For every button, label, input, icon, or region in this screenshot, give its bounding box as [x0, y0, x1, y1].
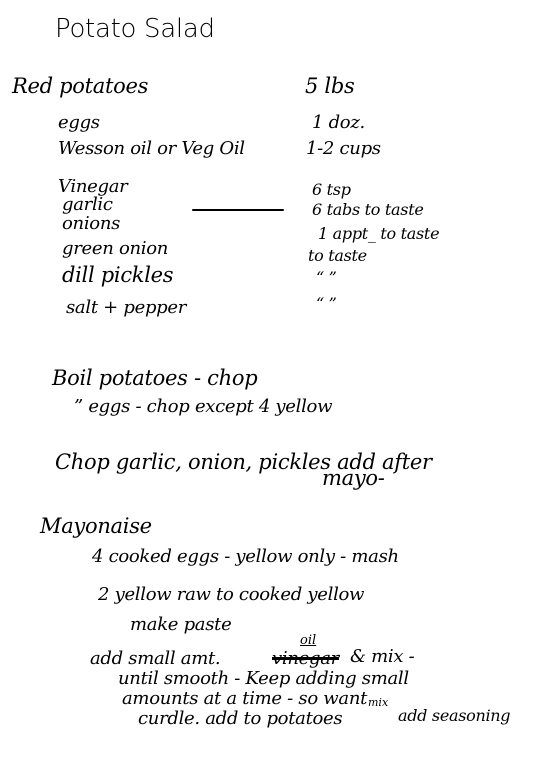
ingredient-name: onions	[62, 213, 120, 234]
ingredient-amount: 1 doz.	[312, 112, 365, 133]
ingredient-name: eggs	[58, 112, 100, 133]
ingredient-amount: to taste	[308, 246, 367, 265]
section-heading: Mayonaise	[40, 514, 152, 538]
ingredient-name: garlic	[62, 194, 113, 215]
ingredient-amount: “ ”	[316, 268, 337, 287]
mayo-line: curdle. add to potatoes	[138, 708, 342, 729]
step-line: ” eggs - chop except 4 yellow	[74, 396, 332, 417]
ingredient-amount: 1-2 cups	[306, 138, 381, 159]
mayo-line: add seasoning	[398, 706, 510, 725]
inserted-word: mix	[368, 696, 388, 709]
step-line: Boil potatoes - chop	[52, 366, 257, 390]
ingredient-name: Wesson oil or Veg Oil	[58, 138, 245, 159]
ingredient-name: Red potatoes	[12, 74, 148, 98]
mayo-line: add small amt.	[90, 648, 220, 669]
mayo-line: until smooth - Keep adding small	[118, 668, 409, 689]
ingredient-amount: 6 tabs to taste	[312, 200, 424, 219]
ingredient-amount: 6 tsp	[312, 180, 351, 199]
step-line: mayo-	[322, 466, 385, 490]
ingredient-amount: “ ”	[316, 294, 337, 313]
connector-line	[192, 209, 284, 211]
mayo-line: make paste	[130, 614, 231, 635]
struck-word: vinegar	[272, 648, 339, 669]
page-title: Potato Salad	[55, 14, 215, 44]
mayo-line: amounts at a time - so want	[122, 688, 367, 709]
ingredient-amount: 5 lbs	[305, 74, 354, 98]
mayo-line: & mix -	[350, 646, 414, 667]
ingredient-name: green onion	[62, 238, 168, 259]
ingredient-amount: 1 appt_ to taste	[318, 224, 439, 243]
ingredient-name: dill pickles	[62, 263, 173, 287]
mayo-line: 4 cooked eggs - yellow only - mash	[92, 546, 399, 567]
inserted-word: oil	[300, 633, 316, 648]
mayo-line: 2 yellow raw to cooked yellow	[98, 584, 364, 605]
ingredient-name: salt + pepper	[66, 297, 186, 318]
